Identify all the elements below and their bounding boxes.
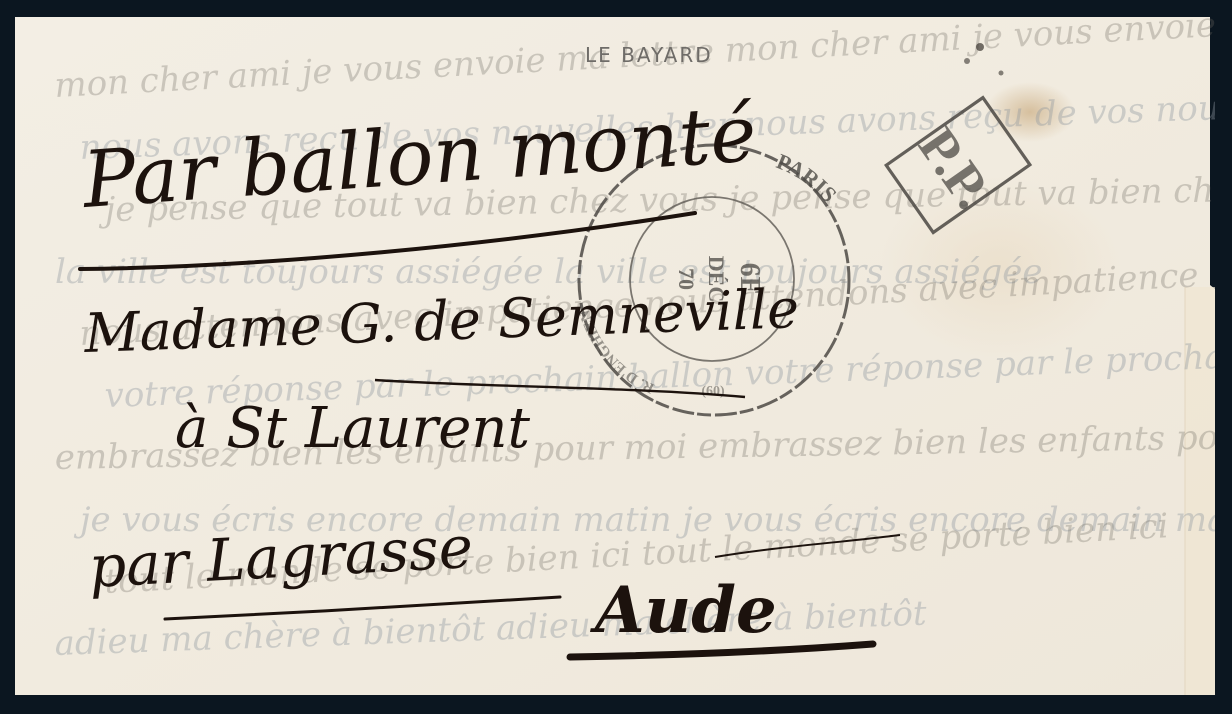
scan-background: mon cher ami je vous envoie ma lettre mo…	[0, 0, 1232, 714]
address-line-town: à St Laurent	[175, 396, 530, 461]
postmark-footer: (60)	[701, 384, 725, 399]
letter-sheet: mon cher ami je vous envoie ma lettre mo…	[15, 17, 1215, 695]
address-department: Aude	[590, 573, 777, 648]
pencil-note: LE BAYARD	[585, 43, 713, 67]
cover-canvas: mon cher ami je vous envoie ma lettre mo…	[15, 17, 1215, 695]
